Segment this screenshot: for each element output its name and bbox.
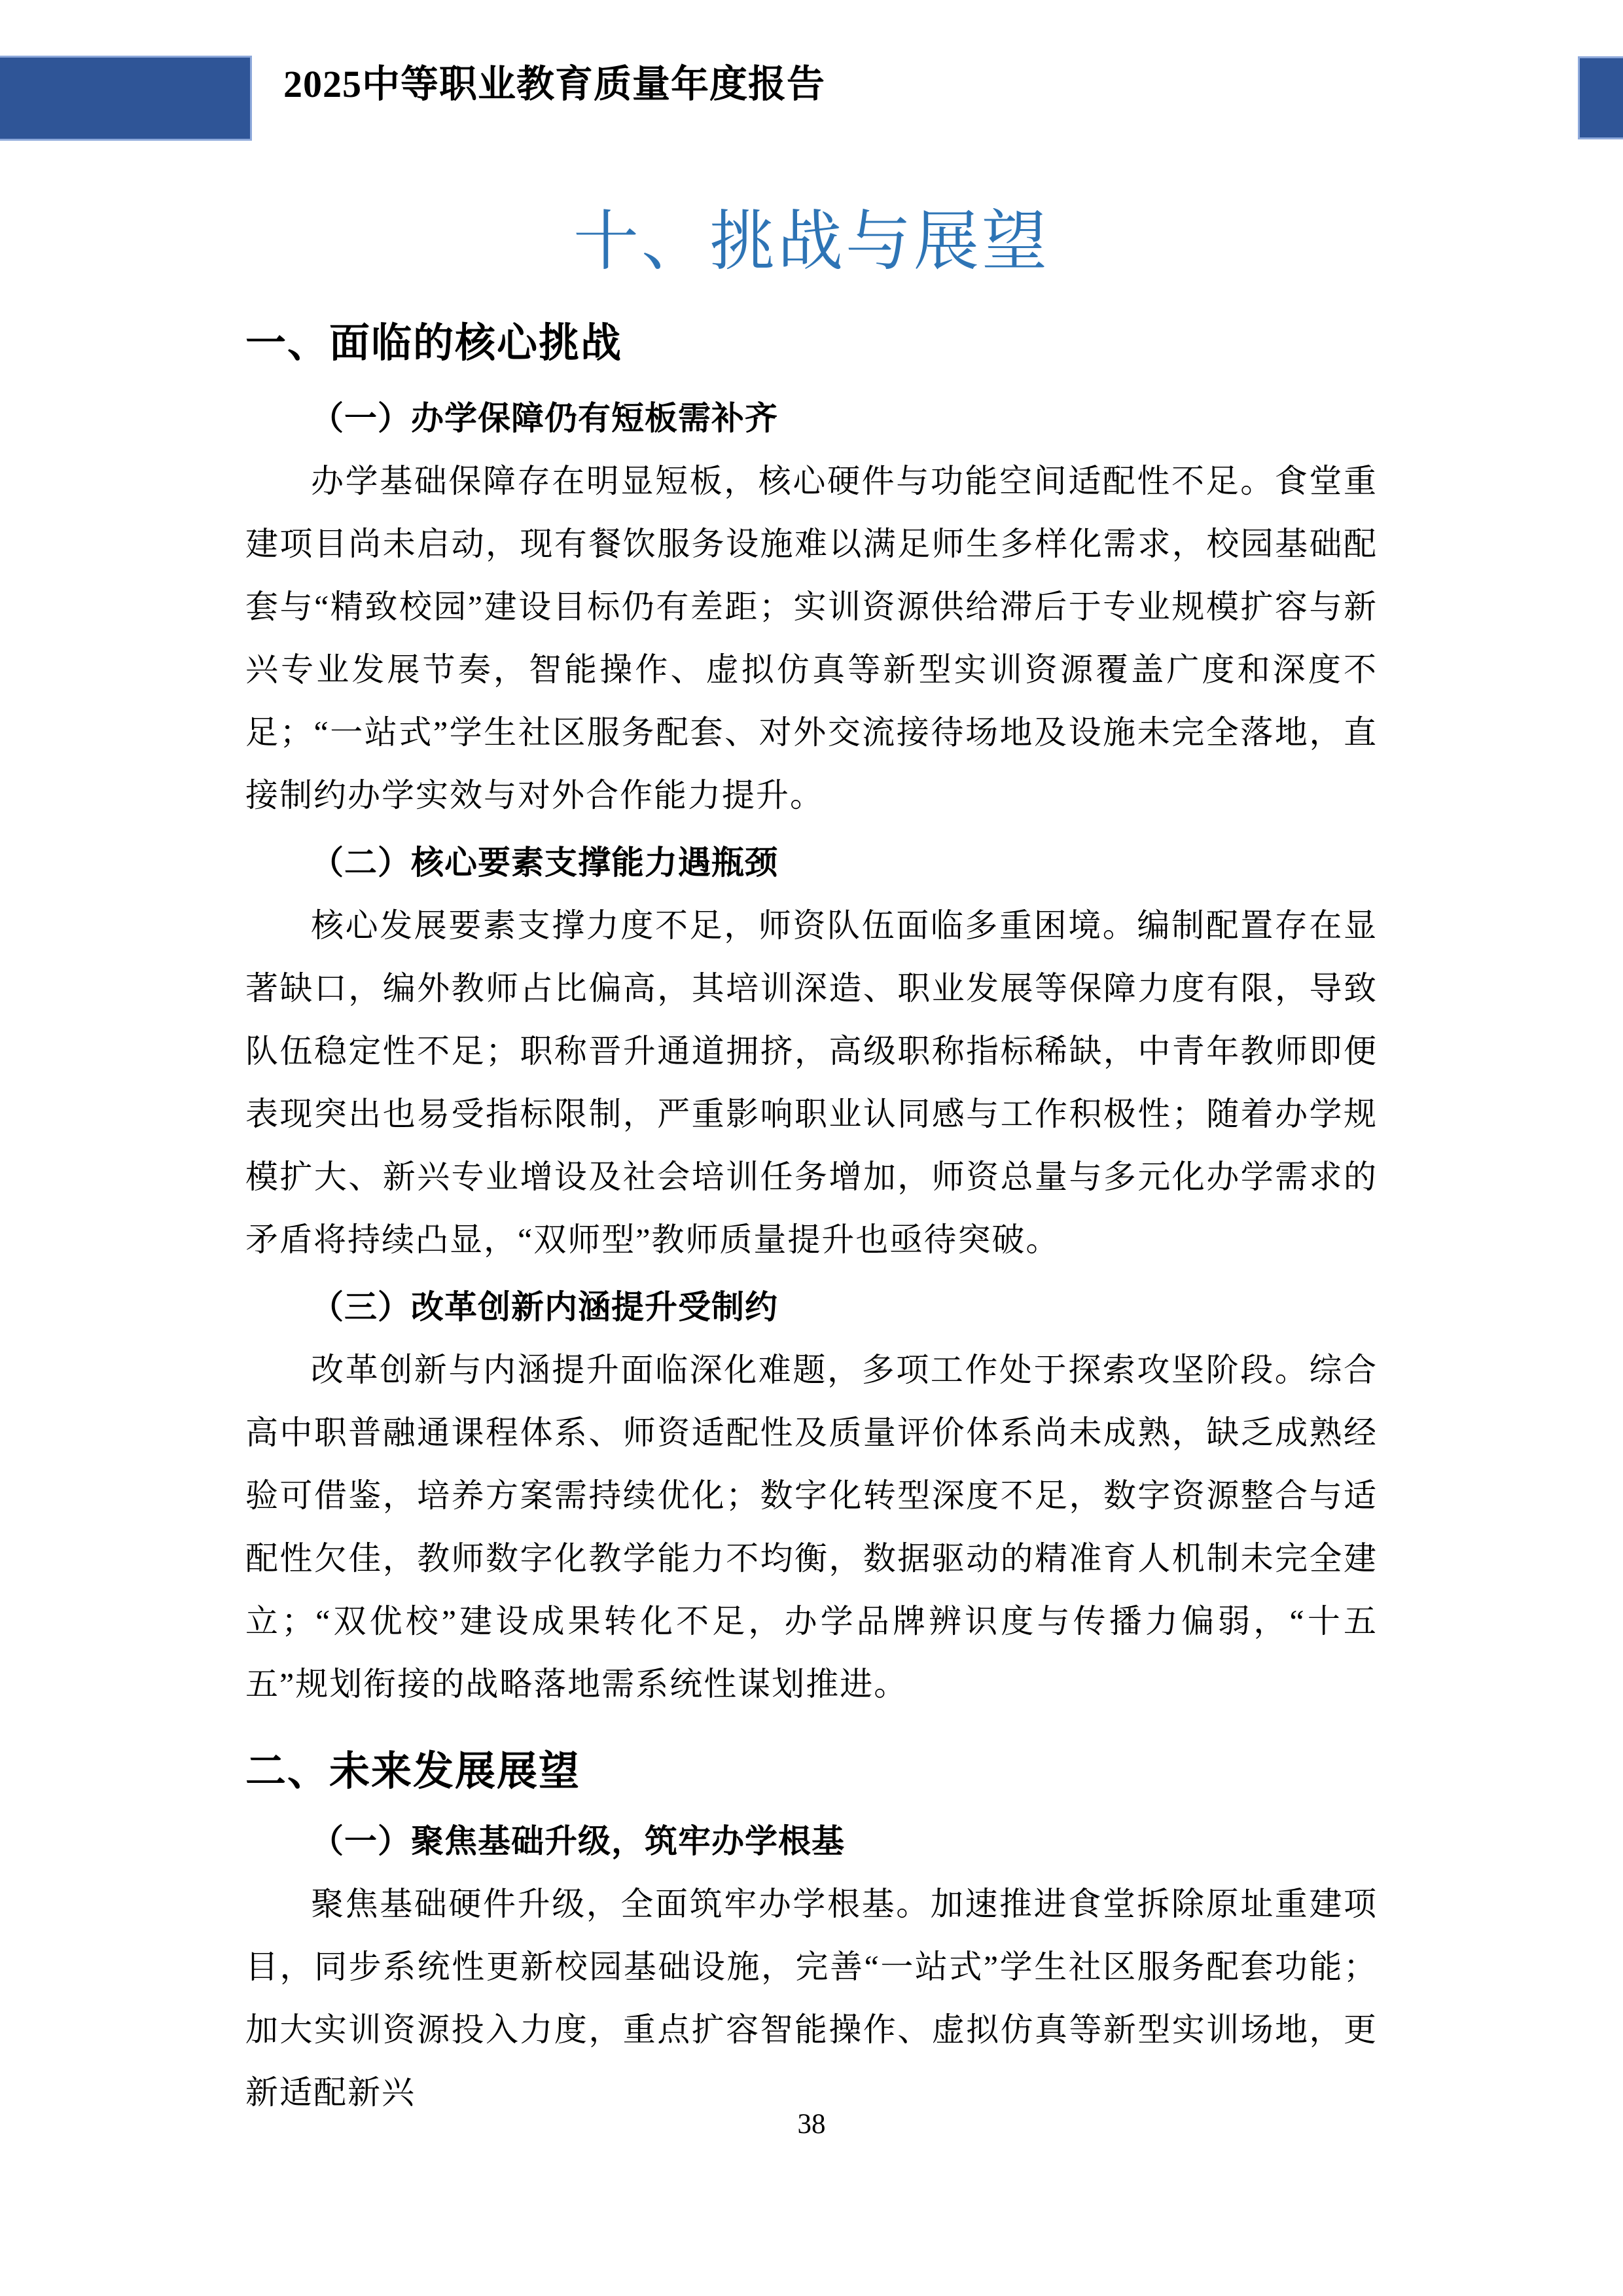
- subsection-heading-1-2: （二）核心要素支撑能力遇瓶颈: [245, 832, 1378, 894]
- subsection-heading-1-1: （一）办学保障仍有短板需补齐: [245, 387, 1378, 450]
- subsection-heading-2-1: （一）聚焦基础升级，筑牢办学根基: [245, 1810, 1378, 1873]
- section-heading-1: 一、面临的核心挑战: [245, 312, 1378, 374]
- page-number: 38: [0, 2109, 1623, 2140]
- section-heading-2: 二、未来发展展望: [245, 1740, 1378, 1803]
- paragraph-2-1: 聚焦基础硬件升级，全面筑牢办学根基。加速推进食堂拆除原址重建项目，同步系统性更新…: [245, 1873, 1378, 2124]
- header-accent-bar-right: [1578, 56, 1623, 139]
- subsection-heading-1-3: （三）改革创新内涵提升受制约: [245, 1276, 1378, 1338]
- document-page: 2025中等职业教育质量年度报告 十、挑战与展望 一、面临的核心挑战 （一）办学…: [0, 0, 1623, 2296]
- paragraph-1-3: 改革创新与内涵提升面临深化难题，多项工作处于探索攻坚阶段。综合高中职普融通课程体…: [245, 1338, 1378, 1715]
- paragraph-1-2: 核心发展要素支撑力度不足，师资队伍面临多重困境。编制配置存在显著缺口，编外教师占…: [245, 894, 1378, 1271]
- paragraph-1-1: 办学基础保障存在明显短板，核心硬件与功能空间适配性不足。食堂重建项目尚未启动，现…: [245, 450, 1378, 827]
- chapter-title: 十、挑战与展望: [245, 193, 1378, 291]
- header-accent-bar-left: [0, 56, 252, 141]
- content-column: 十、挑战与展望 一、面临的核心挑战 （一）办学保障仍有短板需补齐 办学基础保障存…: [245, 0, 1378, 2124]
